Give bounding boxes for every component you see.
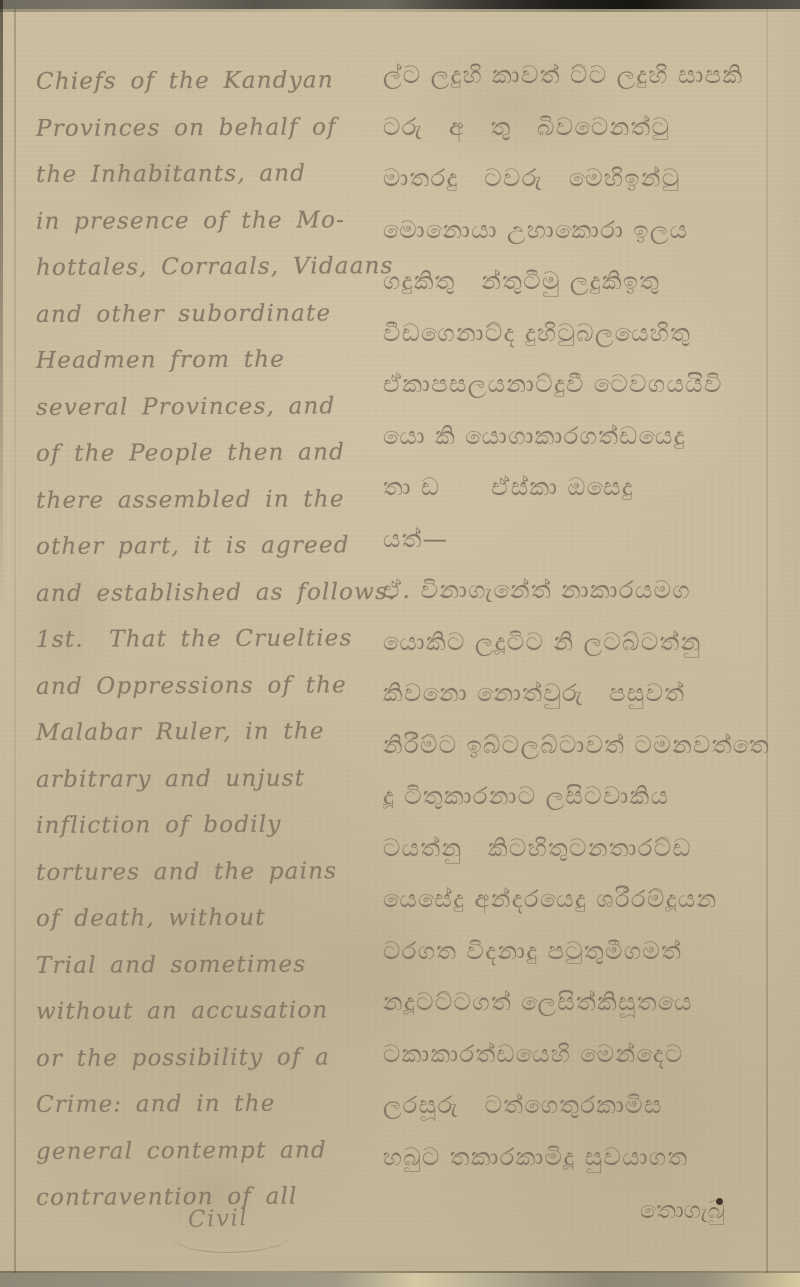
underlying-page-strip: [0, 1273, 800, 1287]
sinhala-manuscript-line: ඒ. විනාගැනේත් නාකාරයමග: [383, 565, 795, 617]
english-manuscript-line: in presence of the Mo-: [36, 197, 384, 245]
english-manuscript-line: arbitrary and unjust: [36, 755, 384, 803]
sinhala-manuscript-line: යෙසේදු අන්දරයෙදු ශරීරම්දූයන: [383, 874, 795, 926]
sinhala-manuscript-line: තා ඩ ඒස්කා ඔසෙදු: [383, 462, 795, 514]
english-manuscript-line: 1st. That the Cruelties: [36, 615, 384, 663]
english-manuscript-line: the Inhabitants, and: [36, 150, 384, 198]
sinhala-manuscript-line: ටයත්නු කිටහිතුටනතාරට්ඩ: [383, 823, 795, 875]
scanned-manuscript-page: Chiefs of the KandyanProvinces on behalf…: [0, 0, 800, 1287]
paper-stain: [10, 540, 120, 710]
english-manuscript-line: Headmen from the: [36, 336, 384, 384]
sinhala-manuscript-line: මාතරදු ටවරු මෙහිඉන්ටු: [383, 153, 795, 205]
sinhala-manuscript-line: ඒකාපසලයනාට්දුවී ටෙවගයයිවි: [383, 359, 795, 411]
sinhala-manuscript-line: නිරීම්ට ඉබ්ටලබ්ටාවත් ටමනවත්තෙ: [383, 720, 795, 772]
sinhala-manuscript-line: නදූටට්ටගත් ලෙසිත්කිසූතයෙ: [383, 977, 795, 1029]
english-manuscript-line: hottales, Corraals, Vidaans: [36, 243, 384, 291]
english-manuscript-line: Crime: and in the: [36, 1080, 384, 1128]
sinhala-manuscript-line: යො කි යොගාකාරගත්ඩයෙදු: [383, 411, 795, 463]
english-manuscript-line: contravention of all: [36, 1173, 384, 1221]
english-manuscript-line: Chiefs of the Kandyan: [36, 57, 384, 105]
sinhala-manuscript-line: ගදුකිතු න්තුටීමු ලදුකිඉතු: [383, 256, 795, 308]
scan-edge-top: [0, 0, 800, 9]
sinhala-manuscript-line: ටරු අ තු බිවටෙනත්ටු: [383, 102, 795, 154]
english-manuscript-line: of the People then and: [36, 429, 384, 477]
paper-stain: [290, 880, 470, 1060]
english-manuscript-line: other part, it is agreed: [36, 522, 384, 570]
english-manuscript-line: and established as follows.: [36, 569, 384, 617]
sinhala-manuscript-line: කිවනො නොත්වුරු පසුවත්: [383, 668, 795, 720]
english-manuscript-line: there assembled in the: [36, 476, 384, 524]
sinhala-manuscript-line: යත්—: [383, 514, 795, 566]
sinhala-manuscript-line: ටරගත විදනාදු පටුතුමීගමත්: [383, 926, 795, 978]
english-manuscript-line: Malabar Ruler, in the: [36, 708, 384, 756]
sinhala-manuscript-line: යොකිට ලදූටිට නි ලටබ්ටත්නු: [383, 617, 795, 669]
paper-stain: [400, 40, 620, 170]
paper-background: Chiefs of the KandyanProvinces on behalf…: [0, 0, 800, 1287]
sinhala-manuscript-line: ටකාකාරත්ඩයෙහි මෙන්දෙට: [383, 1029, 795, 1081]
paper-stain: [80, 110, 230, 230]
sinhala-manuscript-line: දූ ටිතුකාරනාට ලසිටවාකිය: [383, 771, 795, 823]
catchword-flourish: [172, 1236, 290, 1253]
catchword-english: Civil: [188, 1205, 249, 1233]
english-manuscript-line: or the possibility of a: [36, 1034, 384, 1082]
sinhala-text-column: ල්ට ලදුහි කාවත් ට්ට ලදුහි සාපකිටරු අ තු …: [383, 50, 795, 1183]
english-manuscript-line: Provinces on behalf of: [36, 104, 384, 152]
paper-stain: [150, 1150, 270, 1240]
sinhala-manuscript-line: ල්ට ලදුහි කාවත් ට්ට ලදුහි සාපකි: [383, 50, 795, 102]
english-text-column: Chiefs of the KandyanProvinces on behalf…: [36, 58, 384, 1221]
english-manuscript-line: general contempt and: [36, 1127, 384, 1175]
sinhala-manuscript-line: ලරසූරු ටත්ගෙතුරකාමිස: [383, 1080, 795, 1132]
sinhala-manuscript-line: වීඩගෙනාට්ද දුහිටුබලයෙහිතු: [383, 308, 795, 360]
english-manuscript-line: infliction of bodily: [36, 801, 384, 849]
catchword-sinhala: තොගැබු: [640, 1196, 725, 1224]
english-manuscript-line: without an accusation: [36, 987, 384, 1035]
fold-line-left: [14, 0, 16, 1287]
english-manuscript-line: tortures and the pains: [36, 848, 384, 896]
right-margin-shade: [768, 9, 800, 1273]
english-manuscript-line: and Oppressions of the: [36, 662, 384, 710]
english-manuscript-line: several Provinces, and: [36, 383, 384, 431]
ink-blot: [716, 1198, 723, 1205]
english-manuscript-line: Trial and sometimes: [36, 941, 384, 989]
paper-highlight: [590, 280, 750, 500]
sinhala-manuscript-line: හබුට තකාරකාමිදූ සුවයාගත: [383, 1132, 795, 1184]
english-manuscript-line: of death, without: [36, 894, 384, 942]
sinhala-manuscript-line: මොනොයා උහාකොරා ඉලය: [383, 205, 795, 257]
scan-edge-left: [0, 0, 3, 620]
english-manuscript-line: and other subordinate: [36, 290, 384, 338]
